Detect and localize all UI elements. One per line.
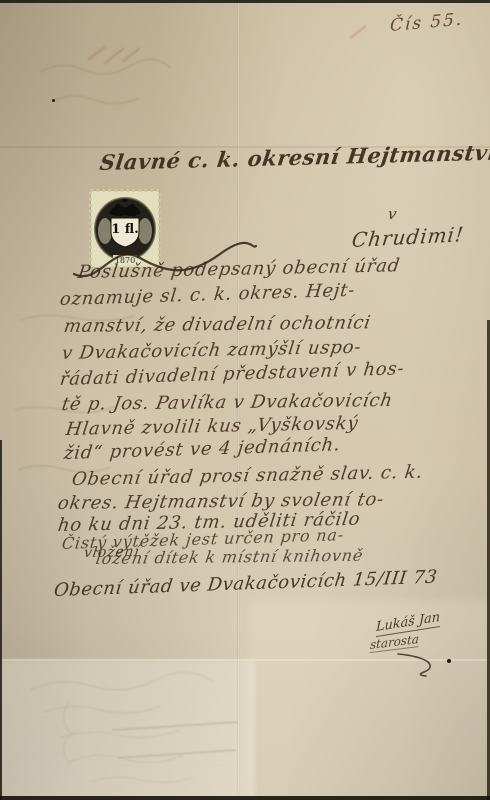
photo-edge-bottom: [0, 796, 490, 800]
revenue-stamp: 1 fl. 1870: [89, 189, 161, 269]
letter-line: manství, že divadelní ochotníci: [62, 312, 372, 337]
letter-line: vložení: [83, 544, 141, 561]
ink-speck: [52, 99, 55, 102]
horizontal-fold-crease-lower: [0, 659, 490, 661]
stamp-left-figure: [98, 218, 112, 244]
ink-dot: [447, 659, 451, 663]
photo-edge-top: [0, 0, 490, 3]
letter-line: tě p. Jos. Pavlíka v Dvakačovicích: [60, 390, 394, 415]
salutation-preposition: v: [386, 205, 398, 223]
letter-line: Obecní úřad prosí snažně slav. c. k.: [71, 462, 425, 490]
signature-flourish: [394, 650, 444, 678]
salutation-place: Chrudimi!: [351, 222, 466, 252]
photo-edge-left: [0, 440, 2, 800]
letter-heading: Slavné c. k. okresní Hejtmanství: [98, 140, 490, 175]
paper-light-patch: [0, 660, 255, 800]
file-number: Čís 55.: [389, 10, 463, 37]
document-photo: Čís 55. Slavné c. k. okresní Hejtmanství…: [0, 0, 490, 800]
stamp-denomination: 1 fl.: [111, 222, 139, 237]
paper-light-patch-right: [250, 600, 490, 800]
closing-line: Obecní úřad ve Dvakačovicích 15/III 73: [53, 567, 439, 601]
letter-line: oznamuje sl. c. k. okres. Hejt-: [59, 280, 356, 310]
stamp-right-figure: [138, 218, 152, 244]
